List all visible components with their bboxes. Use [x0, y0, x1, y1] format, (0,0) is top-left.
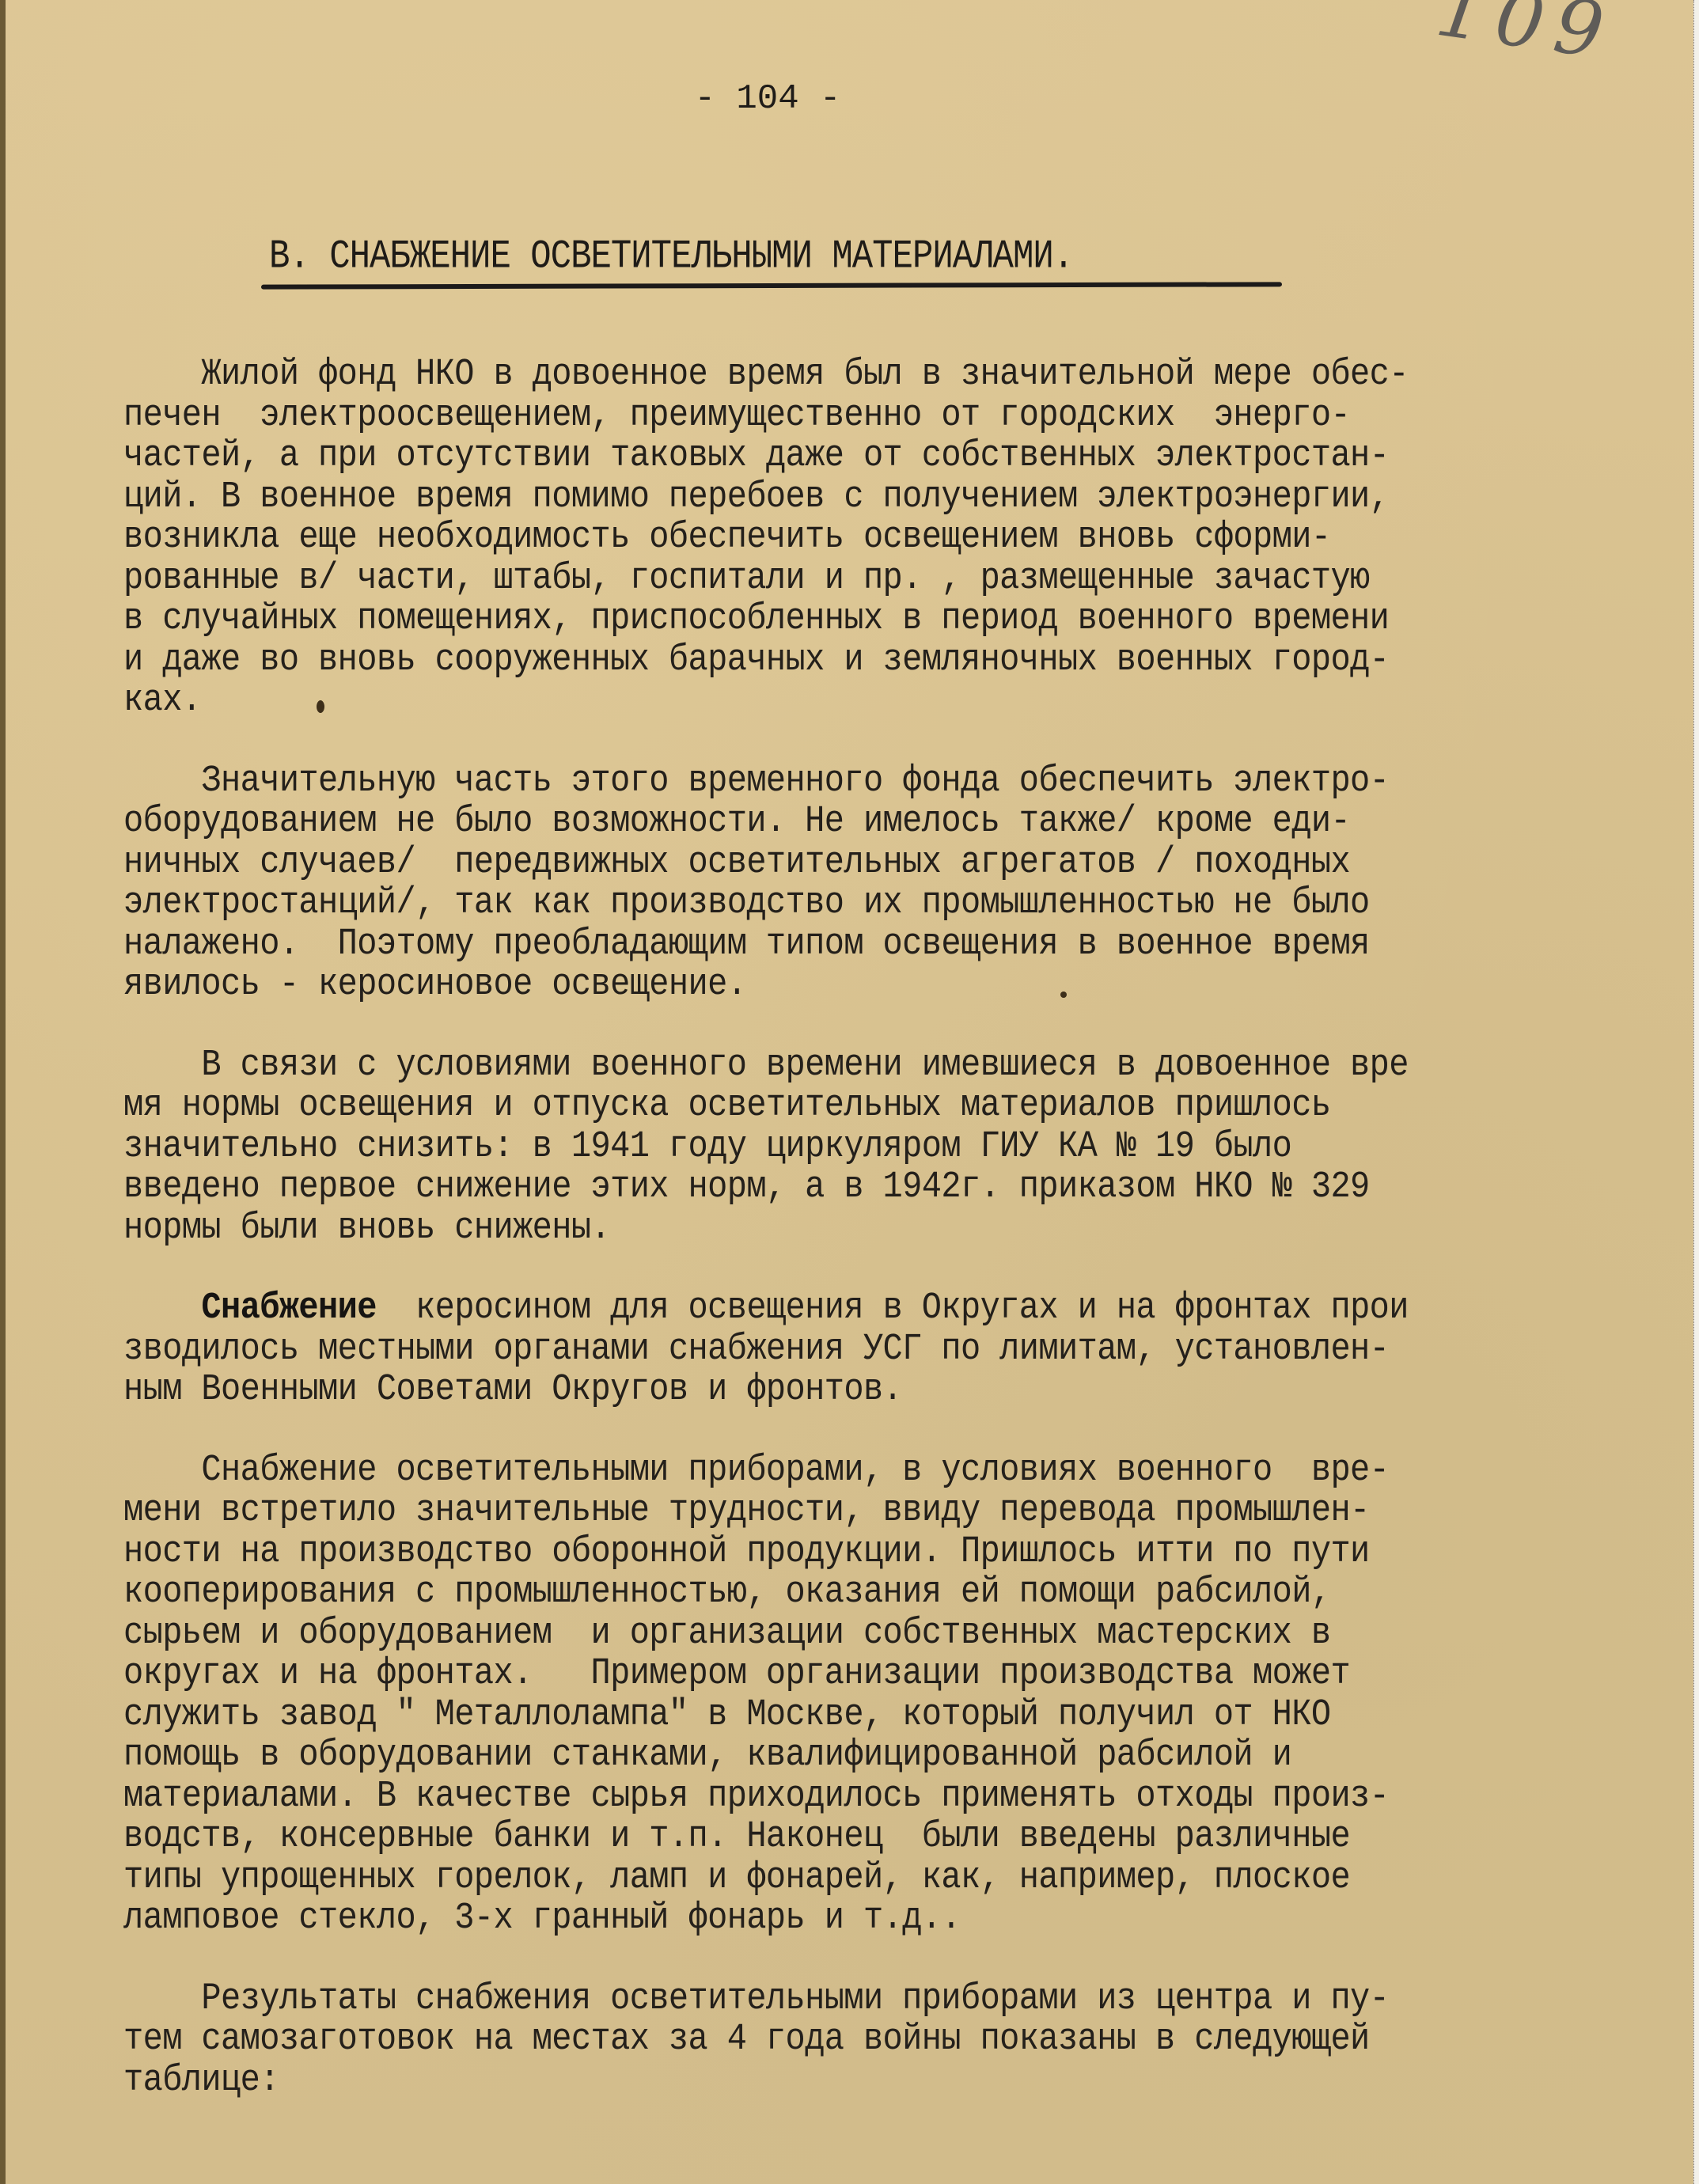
text-line: ций. В военное время помимо перебоев с п…	[123, 474, 1698, 520]
section-heading: В. СНАБЖЕНИЕ ОСВЕТИТЕЛЬНЫМИ МАТЕРИАЛАМИ.	[269, 234, 1073, 280]
text-line: нормы были вновь снижены.	[123, 1205, 1698, 1251]
paragraph-housing-fund: Жилой фонд НКО в довоенное время был в з…	[123, 355, 1698, 722]
text-line: помощь в оборудовании станками, квалифиц…	[123, 1733, 1698, 1779]
text-line: Значительную часть этого временного фонд…	[123, 758, 1698, 804]
bold-lead-word: Снабжение	[123, 1287, 377, 1329]
paragraph-kerosene-supply: Снабжение керосином для освещения в Окру…	[123, 1288, 1698, 1411]
text-line: ламповое стекло, 3-х гранный фонарь и т.…	[123, 1896, 1698, 1942]
text-line: мени встретило значительные трудности, в…	[123, 1488, 1698, 1534]
handwritten-archive-number: 109	[1431, 0, 1620, 77]
text-line: возникла еще необходимость обеспечить ос…	[123, 515, 1698, 561]
text-line: Снабжение осветительными приборами, в ус…	[123, 1447, 1698, 1493]
text-line: печен электроосвещением, преимущественно…	[123, 392, 1698, 438]
text-line: и даже во вновь сооруженных барачных и з…	[123, 637, 1698, 683]
text-line: тем самозаготовок на местах за 4 года во…	[123, 2017, 1698, 2063]
scan-left-edge	[0, 0, 6, 2184]
paragraph-results-intro: Результаты снабжения осветительными приб…	[123, 1979, 1698, 2102]
text-line: частей, а при отсутствии таковых даже от…	[123, 434, 1698, 480]
text-line: материалами. В качестве сырья приходилос…	[123, 1773, 1698, 1819]
text-line: округах и на фронтах. Примером организац…	[123, 1651, 1698, 1697]
text-line: мя нормы освещения и отпуска осветительн…	[123, 1083, 1698, 1129]
text-line: Снабжение керосином для освещения в Окру…	[123, 1286, 1698, 1332]
text-line: водств, консервные банки и т.п. Наконец …	[123, 1814, 1698, 1860]
text-line: В связи с условиями военного времени име…	[123, 1042, 1698, 1088]
text-line: введено первое снижение этих норм, а в 1…	[123, 1165, 1698, 1211]
text-line: оборудованием не было возможности. Не им…	[123, 799, 1698, 845]
text-line: Жилой фонд НКО в довоенное время был в з…	[123, 352, 1698, 398]
text-line: служить завод " Металлолампа" в Москве, …	[123, 1692, 1698, 1738]
text-line: Результаты снабжения осветительными приб…	[123, 1976, 1698, 2022]
text-line: явилось - керосиновое освещение.	[123, 962, 1698, 1008]
text-line: ности на производство оборонной продукци…	[123, 1529, 1698, 1575]
text-line: ным Военными Советами Округов и фронтов.	[123, 1367, 1698, 1413]
text-line: таблице:	[123, 2057, 1698, 2103]
text-line: налажено. Поэтому преобладающим типом ос…	[123, 921, 1698, 967]
text-line: кооперирования с промышленностью, оказан…	[123, 1570, 1698, 1616]
text-line: ничных случаев/ передвижных осветительны…	[123, 840, 1698, 885]
text-line: ках.	[123, 678, 1698, 724]
heading-underline	[261, 282, 1282, 289]
paragraph-temporary-fund: Значительную часть этого временного фонд…	[123, 761, 1698, 1006]
text-line: электростанций/, так как производство их…	[123, 881, 1698, 927]
text-line: сырьем и оборудованием и организации соб…	[123, 1610, 1698, 1656]
text-line: в случайных помещениях, приспособленных …	[123, 597, 1698, 643]
paragraph-lighting-norms: В связи с условиями военного времени име…	[123, 1045, 1698, 1249]
paragraph-lighting-devices: Снабжение осветительными приборами, в ус…	[123, 1450, 1698, 1939]
page-number: - 104 -	[665, 79, 870, 119]
ink-speck	[317, 700, 324, 713]
text-line: рованные в/ части, штабы, госпитали и пр…	[123, 555, 1698, 601]
text-line: типы упрощенных горелок, ламп и фонарей,…	[123, 1855, 1698, 1901]
ink-speck	[1060, 992, 1067, 998]
text-line: значительно снизить: в 1941 году циркуля…	[123, 1124, 1698, 1170]
document-body: Жилой фонд НКО в довоенное время был в з…	[123, 355, 1698, 2140]
text-line: зводилось местными органами снабжения УС…	[123, 1326, 1698, 1372]
